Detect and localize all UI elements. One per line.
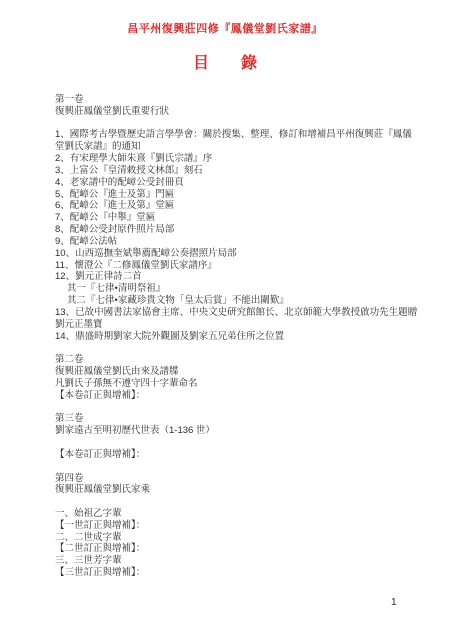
toc-line: 三、三世芳字輩	[55, 555, 403, 567]
toc-line: 第二卷	[55, 354, 403, 366]
toc-line: 一、始祖乙字輩	[55, 508, 403, 520]
document-page: 昌平州復興莊四修『鳳儀堂劉氏家譜』 目 錄 第一卷復興莊鳳儀堂劉氏重要行狀1、國…	[0, 0, 450, 636]
toc-line: 其一『七律•清明祭祖』	[55, 283, 403, 295]
toc-line: 第四卷	[55, 473, 403, 485]
toc-line: 9、配嶂公法帖	[55, 236, 403, 248]
toc-line: 5、配嶂公『進士及第』門匾	[55, 189, 403, 201]
toc-line: 2、有宋理學大師朱熹『劉氏宗譜』序	[55, 153, 403, 165]
toc-line: 11、懷澄公『二修鳳儀堂劉氏家譜序』	[55, 260, 403, 272]
toc-line: 4、老家譜中的配嶂公受封冊頁	[55, 177, 403, 189]
toc-line: 第一卷	[55, 94, 403, 106]
toc-line: 14、鼎盛時期劉家大院外觀圖及劉家五兄弟住所之位置	[55, 331, 403, 343]
toc-line: 6、配嶂公『進士及第』堂匾	[55, 200, 403, 212]
toc-line: 劉家遠古至明初歷代世表（1-136 世）	[55, 425, 403, 437]
toc-line: 復興莊鳳儀堂劉氏重要行狀	[55, 106, 403, 118]
toc-line: 復興莊鳳儀堂劉氏由來及譜牒	[55, 366, 403, 378]
toc-line: 7、配嶂公『中舉』堂匾	[55, 212, 403, 224]
toc-blank-line	[55, 402, 403, 414]
toc-line: 【一世訂正與增補】：	[55, 520, 403, 532]
page-number: 1	[391, 597, 397, 608]
toc-line: 堂劉氏家譜』的通知	[55, 141, 403, 153]
toc-line: 第三卷	[55, 413, 403, 425]
toc-blank-line	[55, 496, 403, 508]
toc-blank-line	[55, 342, 403, 354]
toc-line: 3、上富公『皇清敕授文林郎』刻石	[55, 165, 403, 177]
toc-line: 【本卷訂正與增補】：	[55, 390, 403, 402]
toc-line: 劉元正墨寶	[55, 319, 403, 331]
toc-line: 凡劉氏子孫無不遵守四十字輩命名	[55, 378, 403, 390]
document-title: 昌平州復興莊四修『鳳儀堂劉氏家譜』	[0, 20, 450, 36]
toc-line: 10、山西巡撫奎斌舉薦配嶂公奏摺照片局部	[55, 248, 403, 260]
toc-line: 【三世訂正與增補】：	[55, 567, 403, 579]
toc-line: 13、已故中國書法家協會主席、中央文史研究館館长、北京師範大學教授啟功先生題贈	[55, 307, 403, 319]
toc-line: 其二『七律•家藏珍貴文物「皇太后賞」不能出關歎』	[55, 295, 403, 307]
toc-blank-line	[55, 118, 403, 130]
toc-line: 【本卷訂正與增補】：	[55, 449, 403, 461]
toc-blank-line	[55, 461, 403, 473]
toc-line: 12、劉元正律詩二首	[55, 271, 403, 283]
toc-heading: 目 錄	[0, 50, 450, 73]
toc-line: 8、配嶂公受封原件照片局部	[55, 224, 403, 236]
toc-line: 復興莊鳳儀堂劉氏家乘	[55, 484, 403, 496]
toc-blank-line	[55, 437, 403, 449]
toc-line: 二、二世成字輩	[55, 532, 403, 544]
toc-list: 第一卷復興莊鳳儀堂劉氏重要行狀1、國際考古學暨歷史語言學學會：關於搜集、整理、修…	[55, 94, 403, 579]
toc-line: 【二世訂正與增補】：	[55, 543, 403, 555]
toc-line: 1、國際考古學暨歷史語言學學會：關於搜集、整理、修訂和增補昌平州復興莊『鳳儀	[55, 129, 403, 141]
